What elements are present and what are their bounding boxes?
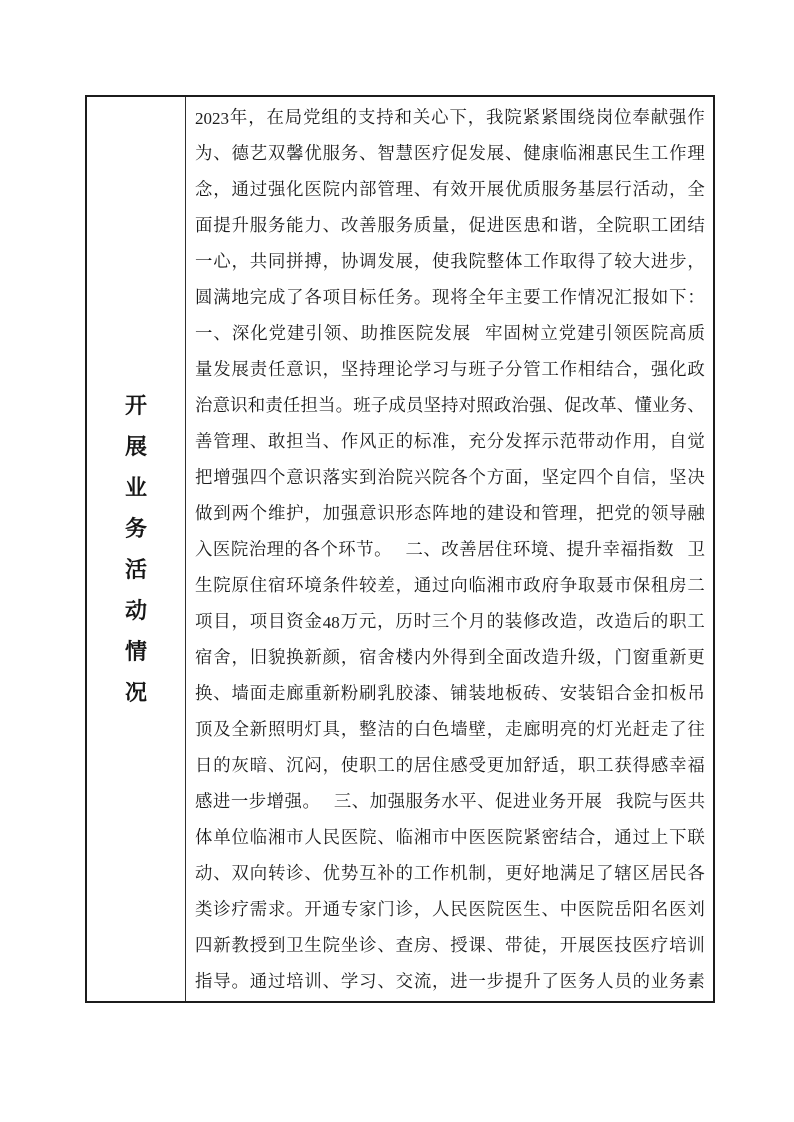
text-line: 日的灰暗、沉闷，使职工的居住感受更加舒适，职工获得感幸福	[195, 748, 705, 784]
text-line: 量发展责任意识，坚持理论学习与班子分管工作相结合，强化政	[195, 352, 705, 388]
text-line: 换、墙面走廊重新粉刷乳胶漆、铺装地板砖、安装铝合金扣板吊	[195, 676, 705, 712]
text-line: 项目，项目资金48万元，历时三个月的装修改造，改造后的职工	[195, 604, 705, 640]
row-header-char: 开	[125, 395, 147, 417]
row-header-char: 动	[125, 600, 147, 622]
text-line: 感进一步增强。三、加强服务水平、促进业务开展我院与医共	[195, 784, 705, 820]
text-line: 体单位临湘市人民医院、临湘市中医医院紧密结合，通过上下联	[195, 820, 705, 856]
row-header-char: 情	[125, 641, 147, 663]
row-header-char: 展	[125, 436, 147, 458]
text-line: 一心，共同拼搏，协调发展，使我院整体工作取得了较大进步，	[195, 244, 705, 280]
row-header-char: 业	[125, 477, 147, 499]
text-line: 入医院治理的各个环节。二、改善居住环境、提升幸福指数卫	[195, 532, 705, 568]
text-line: 2023年，在局党组的支持和关心下，我院紧紧围绕岗位奉献强作	[195, 100, 705, 136]
text-line: 宿舍，旧貌换新颜，宿舍楼内外得到全面改造升级，门窗重新更	[195, 640, 705, 676]
text-line: 善管理、敢担当、作风正的标准，充分发挥示范带动作用，自觉	[195, 424, 705, 460]
text-line: 生院原住宿环境条件较差，通过向临湘市政府争取聂市保租房二	[195, 568, 705, 604]
row-header-char: 务	[125, 518, 147, 540]
text-line: 动、双向转诊、优势互补的工作机制，更好地满足了辖区居民各	[195, 856, 705, 892]
text-line: 念，通过强化医院内部管理、有效开展优质服务基层行活动，全	[195, 172, 705, 208]
document-page: 开展业务活动情况 2023年，在局党组的支持和关心下，我院紧紧围绕岗位奉献强作为…	[0, 0, 794, 1122]
text-line: 类诊疗需求。开通专家门诊，人民医院医生、中医院岳阳名医刘	[195, 892, 705, 928]
text-line: 一、深化党建引领、助推医院发展牢固树立党建引领医院高质	[195, 316, 705, 352]
text-line: 面提升服务能力、改善服务质量，促进医患和谐，全院职工团结	[195, 208, 705, 244]
text-line: 把增强四个意识落实到治院兴院各个方面，坚定四个自信，坚决	[195, 460, 705, 496]
row-header-cell: 开展业务活动情况	[87, 97, 186, 1001]
row-header-char: 活	[125, 559, 147, 581]
text-line: 顶及全新照明灯具，整洁的白色墙壁，走廊明亮的灯光赶走了往	[195, 712, 705, 748]
text-line: 圆满地完成了各项目标任务。现将全年主要工作情况汇报如下：	[195, 280, 705, 316]
text-line: 指导。通过培训、学习、交流，进一步提升了医务人员的业务素	[195, 964, 705, 1000]
row-header-char: 况	[125, 682, 147, 704]
business-activity-table: 开展业务活动情况 2023年，在局党组的支持和关心下，我院紧紧围绕岗位奉献强作为…	[85, 95, 715, 1003]
report-text-cell: 2023年，在局党组的支持和关心下，我院紧紧围绕岗位奉献强作为、德艺双馨优服务、…	[186, 97, 713, 1001]
text-line: 做到两个维护，加强意识形态阵地的建设和管理，把党的领导融	[195, 496, 705, 532]
text-line: 治意识和责任担当。班子成员坚持对照政治强、促改革、懂业务、	[195, 388, 705, 424]
text-line: 四新教授到卫生院坐诊、查房、授课、带徒，开展医技医疗培训	[195, 928, 705, 964]
text-line: 为、德艺双馨优服务、智慧医疗促发展、健康临湘惠民生工作理	[195, 136, 705, 172]
